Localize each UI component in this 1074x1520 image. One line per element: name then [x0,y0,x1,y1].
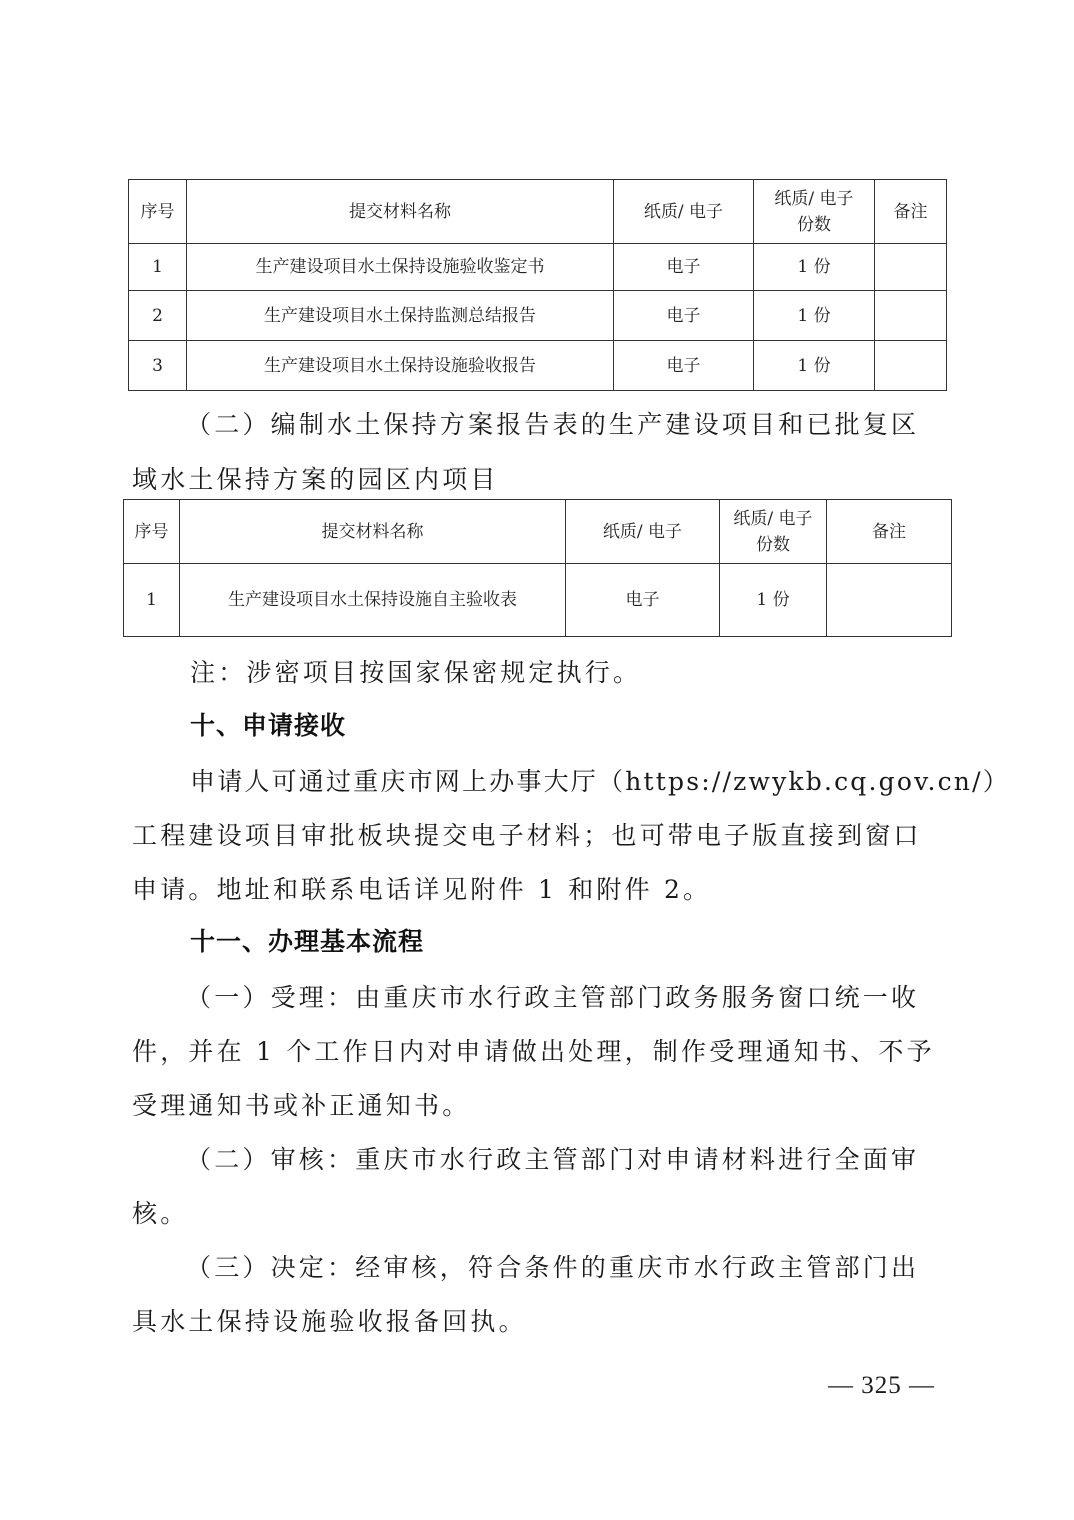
section-10-heading: 十、申请接收 [190,706,346,742]
section-10-line2: 工程建设项目审批板块提交电子材料；也可带电子版直接到窗口 [132,816,952,852]
header-no: 序号 [129,180,187,244]
cell-remark [875,341,947,391]
materials-table-2: 序号 提交材料名称 纸质/ 电子 纸质/ 电子份数 备注 1 生产建设项目水土保… [123,499,952,637]
cell-name: 生产建设项目水土保持设施自主验收表 [180,564,566,637]
header-type: 纸质/ 电子 [614,180,754,244]
section-11-heading: 十一、办理基本流程 [190,922,424,958]
section-10-line1: 申请人可通过重庆市网上办事大厅（https://zwykb.cq.gov.cn/… [190,762,1010,798]
table-row: 2 生产建设项目水土保持监测总结报告 电子 1 份 [129,291,947,341]
cell-name: 生产建设项目水土保持设施验收鉴定书 [187,244,614,291]
cell-name: 生产建设项目水土保持监测总结报告 [187,291,614,341]
header-remark: 备注 [875,180,947,244]
cell-copies: 1 份 [754,244,875,291]
step2-line1: （二）审核：重庆市水行政主管部门对申请材料进行全面审 [186,1140,1006,1176]
header-no: 序号 [124,500,180,564]
step2-line2: 核。 [132,1194,952,1230]
header-copies: 纸质/ 电子份数 [754,180,875,244]
step3-line1: （三）决定：经审核，符合条件的重庆市水行政主管部门出 [186,1248,1006,1284]
table-header-row: 序号 提交材料名称 纸质/ 电子 纸质/ 电子份数 备注 [129,180,947,244]
cell-copies: 1 份 [720,564,827,637]
table-row: 1 生产建设项目水土保持设施验收鉴定书 电子 1 份 [129,244,947,291]
page-number: — 325 — [828,1372,935,1400]
cell-no: 1 [124,564,180,637]
header-type: 纸质/ 电子 [566,500,720,564]
cell-remark [875,291,947,341]
cell-type: 电子 [614,244,754,291]
materials-table-1: 序号 提交材料名称 纸质/ 电子 纸质/ 电子份数 备注 1 生产建设项目水土保… [128,179,947,391]
cell-remark [827,564,952,637]
step1-line2: 件，并在 1 个工作日内对申请做出处理，制作受理通知书、不予 [132,1032,952,1068]
cell-copies: 1 份 [754,291,875,341]
header-copies: 纸质/ 电子份数 [720,500,827,564]
cell-copies: 1 份 [754,341,875,391]
step1-line3: 受理通知书或补正通知书。 [132,1086,952,1122]
section-10-line3: 申请。地址和联系电话详见附件 1 和附件 2。 [132,870,952,906]
step1-line1: （一）受理：由重庆市水行政主管部门政务服务窗口统一收 [186,978,1006,1014]
table-header-row: 序号 提交材料名称 纸质/ 电子 纸质/ 电子份数 备注 [124,500,952,564]
step3-line2: 具水土保持设施验收报备回执。 [132,1302,952,1338]
cell-remark [875,244,947,291]
header-name: 提交材料名称 [180,500,566,564]
confidential-note: 注：涉密项目按国家保密规定执行。 [190,653,1010,689]
cell-type: 电子 [614,291,754,341]
section-b-line2: 域水土保持方案的园区内项目 [132,460,952,496]
table-row: 1 生产建设项目水土保持设施自主验收表 电子 1 份 [124,564,952,637]
cell-name: 生产建设项目水土保持设施验收报告 [187,341,614,391]
cell-no: 1 [129,244,187,291]
cell-no: 2 [129,291,187,341]
cell-type: 电子 [614,341,754,391]
cell-type: 电子 [566,564,720,637]
header-name: 提交材料名称 [187,180,614,244]
section-b-line1: （二）编制水土保持方案报告表的生产建设项目和已批复区 [186,405,1006,441]
cell-no: 3 [129,341,187,391]
table-row: 3 生产建设项目水土保持设施验收报告 电子 1 份 [129,341,947,391]
header-remark: 备注 [827,500,952,564]
